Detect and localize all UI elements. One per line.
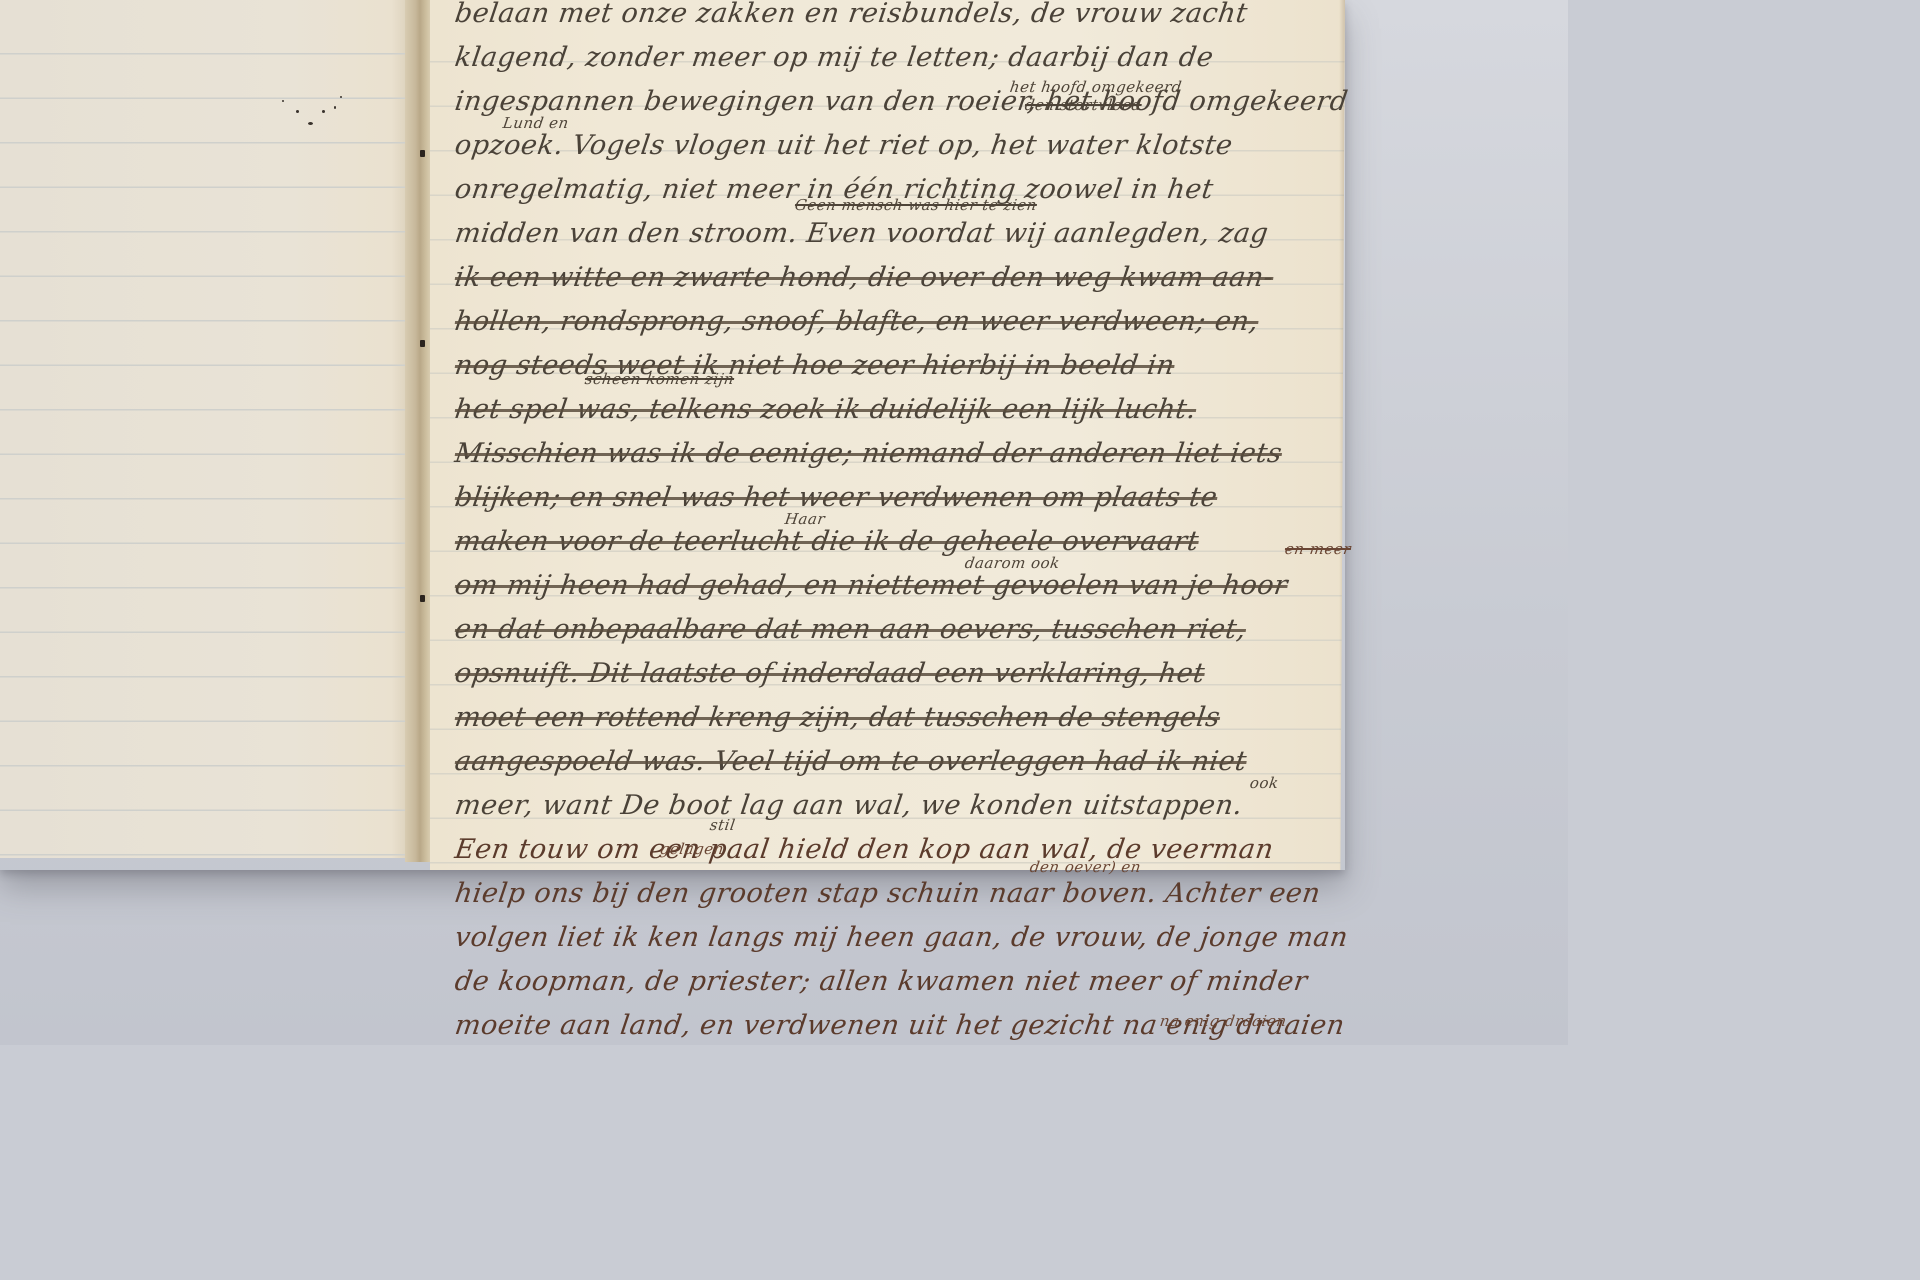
manuscript-line-struck: hollen, rondsprong, snoof, blafte, en we… [452, 300, 1262, 344]
interlinear-deletion: scheen komen zijn [584, 370, 736, 388]
interlinear-insertion: het hoofd omgekeerd [1009, 78, 1183, 96]
interlinear-insertion: den oever) en [1029, 858, 1143, 876]
manuscript-line-brown: Een touw om een paal hield den kop aan w… [452, 828, 1277, 872]
manuscript-line: ingespannen bewegingen van den roeier, h… [452, 80, 1351, 124]
interlinear-insertion: stil [709, 816, 737, 834]
interlinear-insertion: na enig draaien [1159, 1012, 1288, 1030]
interlinear-deletion: Geen mensch was hier te zien [794, 196, 1038, 214]
manuscript-line: midden van den stroom. Even voordat wij … [452, 212, 1271, 256]
manuscript-line-struck: moet een rottend kreng zijn, dat tussche… [452, 696, 1223, 740]
manuscript-line: klagend, zonder meer op mij te letten; d… [452, 36, 1217, 80]
binding-stitch-icon [420, 595, 425, 602]
interlinear-insertion: ook [1249, 774, 1280, 792]
manuscript-line-struck: Misschien was ik de eenige; niemand der … [452, 432, 1285, 476]
manuscript-line: meer, want De boot lag aan wal, we konde… [452, 784, 1246, 828]
manuscript-line-brown: volgen liet ik ken langs mij heen gaan, … [452, 916, 1351, 960]
interlinear-deletion: den stortvloed [1024, 96, 1143, 114]
manuscript-line-struck: en dat onbepaalbare dat men aan oevers, … [452, 608, 1249, 652]
manuscript-line-struck: aangespoeld was. Veel tijd om te overleg… [452, 740, 1250, 784]
manuscript-line-brown: hielp ons bij den grooten stap schuin na… [452, 872, 1323, 916]
manuscript-line-struck: om mij heen had gehad, en niettemet gevo… [452, 564, 1291, 608]
manuscript-line: belaan met onze zakken en reisbundels, d… [452, 0, 1251, 36]
binding-stitch-icon [420, 150, 425, 157]
manuscript-line-struck: blijken; en snel was het weer verdwenen … [452, 476, 1220, 520]
interlinear-insertion: gelagen [659, 840, 725, 858]
manuscript-line-struck: maken voor de teerlucht die ik de geheel… [452, 520, 1202, 564]
interlinear-insertion: Haar [784, 510, 827, 528]
manuscript-line-struck: opsnuift. Dit laatste of inderdaad een v… [452, 652, 1208, 696]
manuscript-line-struck: het spel was, telkens zoek ik duidelijk … [452, 388, 1199, 432]
binding-stitch-icon [420, 340, 425, 347]
manuscript-line-brown: de koopman, de priester; allen kwamen ni… [452, 960, 1310, 1004]
manuscript-line: opzoek. Vogels vlogen uit het riet op, h… [452, 124, 1236, 168]
manuscript-line-struck: ik een witte en zwarte hond, die over de… [452, 256, 1276, 300]
margin-deletion: en meer [1284, 540, 1352, 558]
ink-specks [282, 96, 352, 136]
interlinear-insertion: daarom ook [964, 554, 1061, 572]
interlinear-insertion: Lund en [502, 114, 570, 132]
manuscript-line-struck: nog steeds weet ik niet hoe zeer hierbij… [452, 344, 1178, 388]
